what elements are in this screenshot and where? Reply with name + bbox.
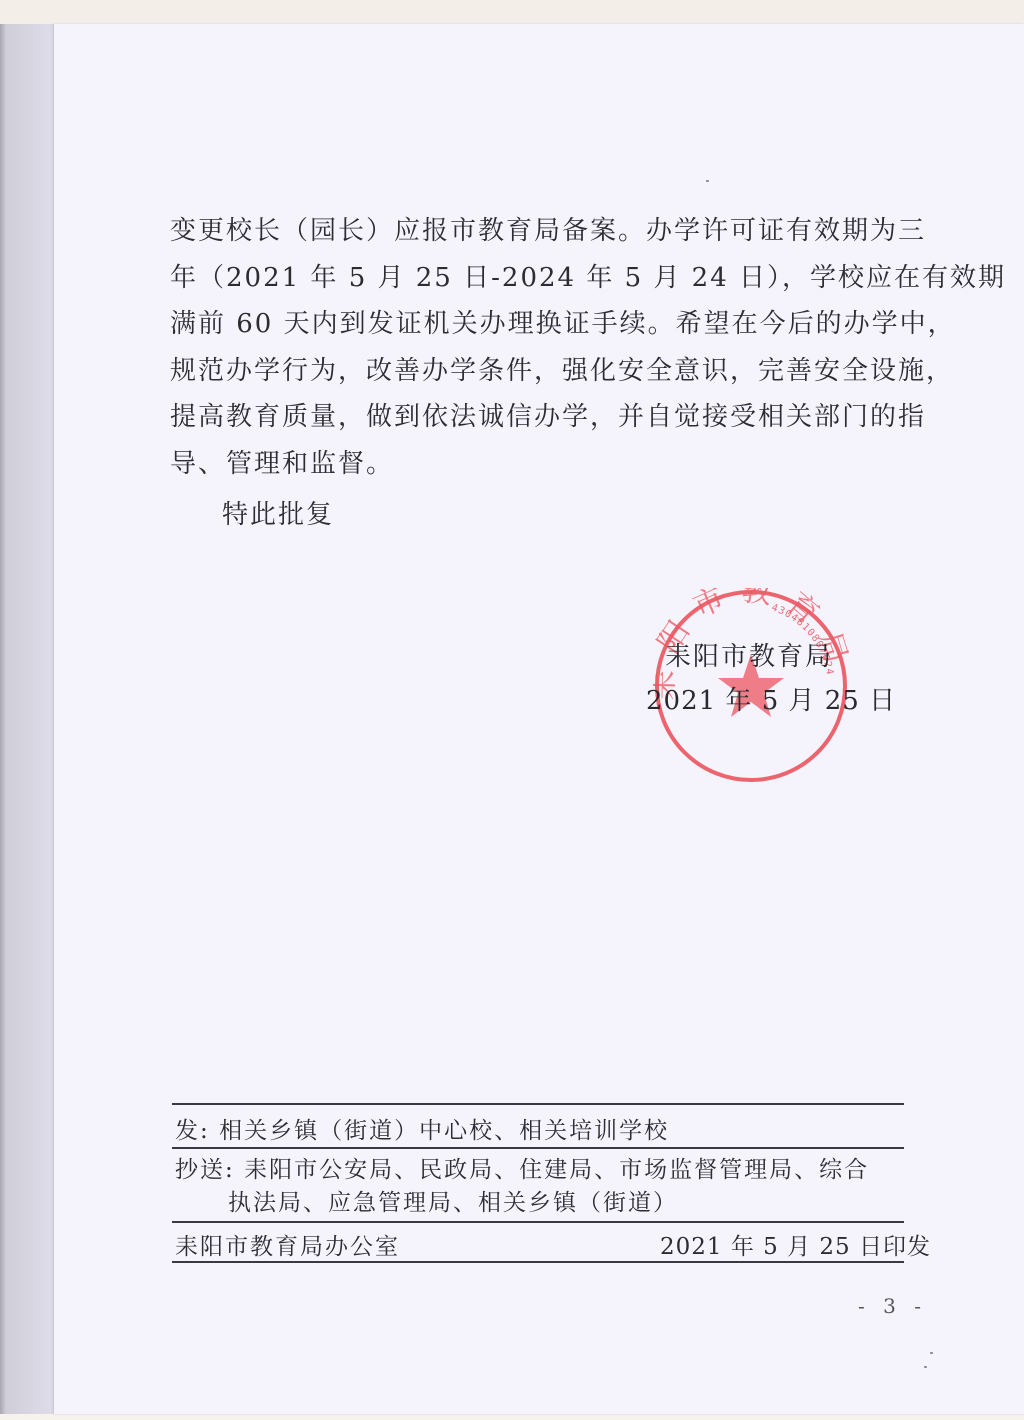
body-line: 导、管理和监督。 xyxy=(170,441,910,488)
distribution-row: 发: 相关乡镇（街道）中心校、相关培训学校 xyxy=(175,1112,669,1145)
body-line: 提高教育质量，做到依法诚信办学，并自觉接受相关部门的指 xyxy=(170,394,910,441)
body-paragraph: 变更校长（园长）应报市教育局备案。办学许可证有效期为三 年（2021 年 5 月… xyxy=(170,208,910,487)
distribute-recipients: 相关乡镇（街道）中心校、相关培训学校 xyxy=(219,1118,669,1144)
divider-line xyxy=(172,1261,904,1263)
issuer-name: 耒阳市教育局 xyxy=(665,636,833,673)
body-line: 变更校长（园长）应报市教育局备案。办学许可证有效期为三 xyxy=(170,208,910,255)
print-date: 2021 年 5 月 25 日印发 xyxy=(660,1228,931,1261)
divider-line xyxy=(172,1221,904,1223)
body-line: 满前 60 天内到发证机关办理换证手续。希望在今后的办学中， xyxy=(170,301,910,348)
divider-line xyxy=(172,1147,904,1149)
divider-line xyxy=(172,1103,904,1105)
signature-date: 2021 年 5 月 25 日 xyxy=(646,680,896,717)
scan-speck xyxy=(924,1366,927,1368)
page-number: - 3 - xyxy=(858,1294,927,1318)
cc-recipients-line2: 执法局、应急管理局、相关乡镇（街道） xyxy=(228,1190,678,1216)
closing-remark: 特此批复 xyxy=(222,494,334,531)
body-line: 年（2021 年 5 月 25 日-2024 年 5 月 24 日），学校应在有… xyxy=(170,255,910,302)
issuing-office: 耒阳市教育局办公室 xyxy=(175,1228,400,1261)
cc-label: 抄送: xyxy=(175,1157,235,1183)
scan-speck xyxy=(930,1352,933,1354)
cc-recipients-line1: 耒阳市公安局、民政局、住建局、市场监督管理局、综合 xyxy=(244,1157,869,1183)
scan-speck xyxy=(706,180,709,182)
scan-background-top xyxy=(0,0,1024,24)
body-line: 规范办学行为，改善办学条件，强化安全意识，完善安全设施， xyxy=(170,348,910,395)
cc-row: 抄送: 耒阳市公安局、民政局、住建局、市场监督管理局、综合 执法局、应急管理局、… xyxy=(175,1154,869,1220)
scan-background-bottom xyxy=(0,1414,1024,1420)
distribute-label: 发: xyxy=(175,1112,210,1145)
